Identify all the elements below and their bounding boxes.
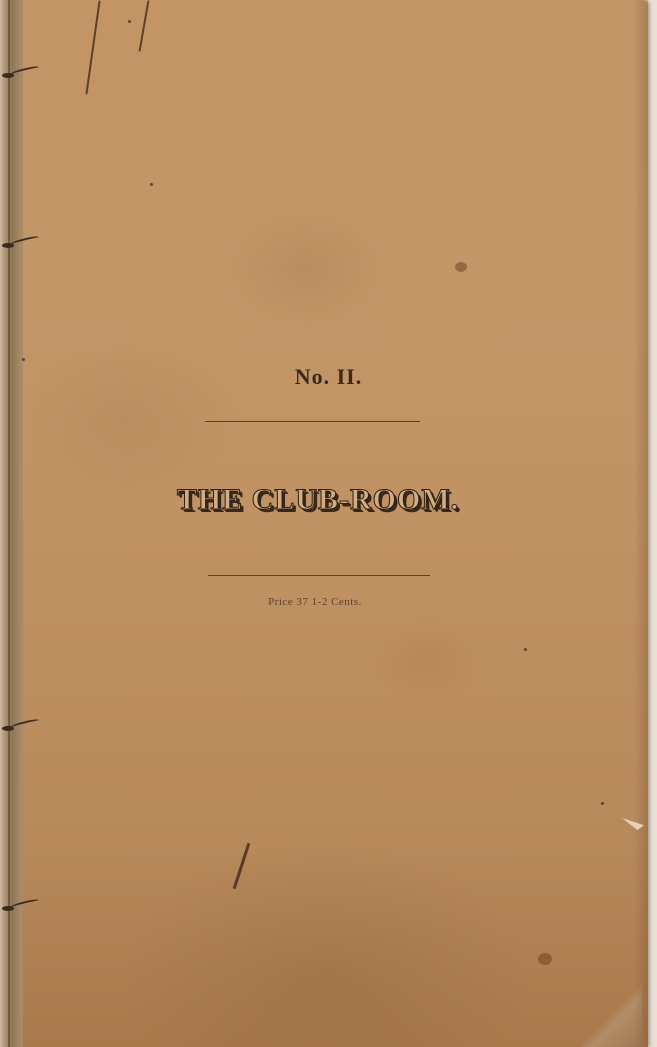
paper-spot xyxy=(601,802,604,805)
divider-rule-bottom xyxy=(208,575,430,576)
paper-spot xyxy=(22,358,25,361)
pamphlet-cover xyxy=(6,0,648,1047)
spine-fold-line xyxy=(8,0,10,1047)
stitch-mark xyxy=(0,72,42,78)
stitch-mark xyxy=(0,725,42,731)
pamphlet-title: THE CLUB-ROOM. xyxy=(0,483,636,517)
paper-stain xyxy=(538,953,552,965)
paper-spot xyxy=(128,20,131,23)
paper-spot xyxy=(524,648,527,651)
corner-wear xyxy=(582,977,642,1047)
price-line: Price 37 1-2 Cents. xyxy=(0,596,630,608)
photo-scene: No. II. THE CLUB-ROOM. Price 37 1-2 Cent… xyxy=(0,0,657,1047)
stitched-spine xyxy=(0,0,23,1047)
divider-rule-top xyxy=(205,421,420,422)
issue-number: No. II. xyxy=(0,364,657,390)
stitch-mark xyxy=(0,905,42,911)
paper-spot xyxy=(150,183,153,186)
paper-stain xyxy=(455,262,467,272)
stitch-mark xyxy=(0,242,42,248)
